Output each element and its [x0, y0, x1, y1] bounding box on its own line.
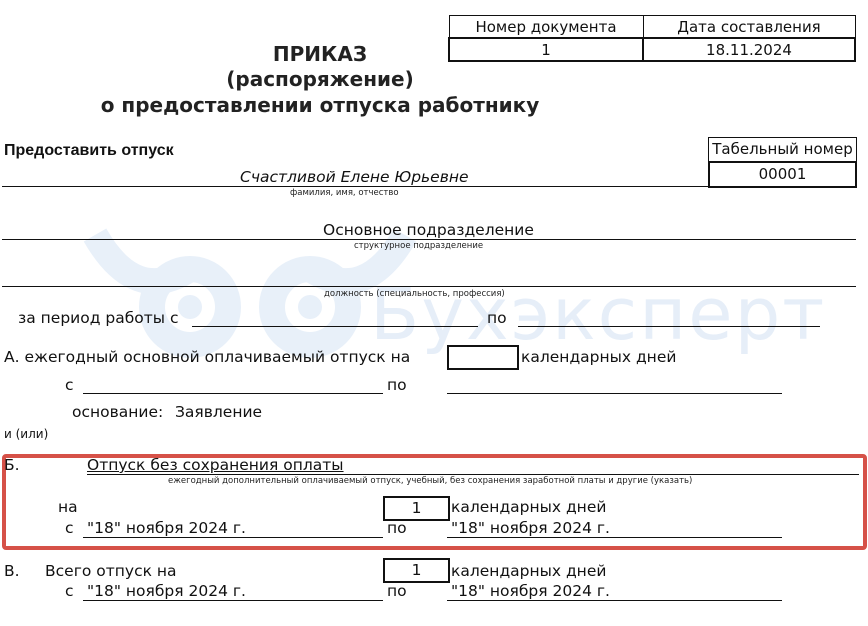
- section-b-from-date[interactable]: "18" ноября 2024 г.: [87, 519, 246, 537]
- section-b-on-label: на: [58, 498, 78, 516]
- section-c-to-label: по: [387, 582, 407, 600]
- period-from-line[interactable]: [192, 326, 478, 327]
- period-label: за период работы с: [18, 309, 178, 327]
- section-b-days-label: календарных дней: [451, 498, 606, 516]
- grant-leave-label: Предоставить отпуск: [4, 142, 174, 160]
- section-c-total-label: Всего отпуск на: [45, 562, 177, 580]
- title-order: ПРИКАЗ: [90, 42, 550, 66]
- section-a-to-label: по: [387, 376, 407, 394]
- section-c-label: В.: [4, 562, 20, 580]
- watermark-text: Бухэксперт: [370, 272, 826, 356]
- section-b-from-label: с: [65, 519, 74, 537]
- section-b-label: Б.: [4, 456, 20, 474]
- department-line: [2, 239, 856, 240]
- position-caption: должность (специальность, профессия): [324, 289, 505, 299]
- section-c-days-box[interactable]: 1: [383, 558, 450, 583]
- tab-number-label: Табельный номер: [708, 137, 857, 162]
- section-c-from-line: [83, 600, 383, 601]
- section-c-from-date[interactable]: "18" ноября 2024 г.: [87, 582, 246, 600]
- section-b-leave-type[interactable]: Отпуск без сохранения оплаты: [87, 456, 344, 474]
- section-a-basis-label: основание:: [72, 403, 163, 421]
- section-b-to-date[interactable]: "18" ноября 2024 г.: [451, 519, 610, 537]
- department-value[interactable]: Основное подразделение: [323, 221, 534, 239]
- section-a-days-box[interactable]: [447, 345, 519, 370]
- tab-number-value[interactable]: 00001: [708, 161, 857, 188]
- department-caption: структурное подразделение: [354, 241, 483, 251]
- section-c-to-date[interactable]: "18" ноября 2024 г.: [451, 582, 610, 600]
- title-disposition: (распоряжение): [90, 67, 550, 91]
- section-a-label: А. ежегодный основной оплачиваемый отпус…: [4, 348, 410, 366]
- period-to-label: по: [487, 309, 507, 327]
- section-b-days-box[interactable]: 1: [383, 496, 450, 521]
- section-a-from-line[interactable]: [83, 393, 383, 394]
- section-b-leave-type-line: [87, 474, 859, 475]
- employee-caption: фамилия, имя, отчество: [290, 188, 399, 198]
- and-or-label: и (или): [4, 427, 48, 441]
- title-subject: о предоставлении отпуска работнику: [90, 93, 550, 117]
- section-b-leave-caption: ежегодный дополнительный оплачиваемый от…: [168, 476, 692, 486]
- employee-name-line: [2, 186, 708, 187]
- section-a-from-label: с: [65, 376, 74, 394]
- employee-name[interactable]: Счастливой Елене Юрьевне: [240, 168, 469, 186]
- section-c-from-label: с: [65, 582, 74, 600]
- doc-date-value[interactable]: 18.11.2024: [643, 38, 855, 61]
- section-c-days-label: календарных дней: [451, 562, 606, 580]
- period-to-line[interactable]: [518, 326, 820, 327]
- section-a-days-label: календарных дней: [521, 348, 676, 366]
- section-c-to-line: [447, 600, 782, 601]
- section-a-to-line[interactable]: [447, 393, 782, 394]
- section-a-basis-value[interactable]: Заявление: [175, 403, 262, 421]
- section-b-to-label: по: [387, 519, 407, 537]
- section-b-to-line: [447, 537, 782, 538]
- section-b-from-line: [83, 537, 383, 538]
- doc-number-label: Номер документа: [449, 16, 643, 39]
- doc-date-label: Дата составления: [643, 16, 855, 39]
- position-line[interactable]: [2, 286, 856, 287]
